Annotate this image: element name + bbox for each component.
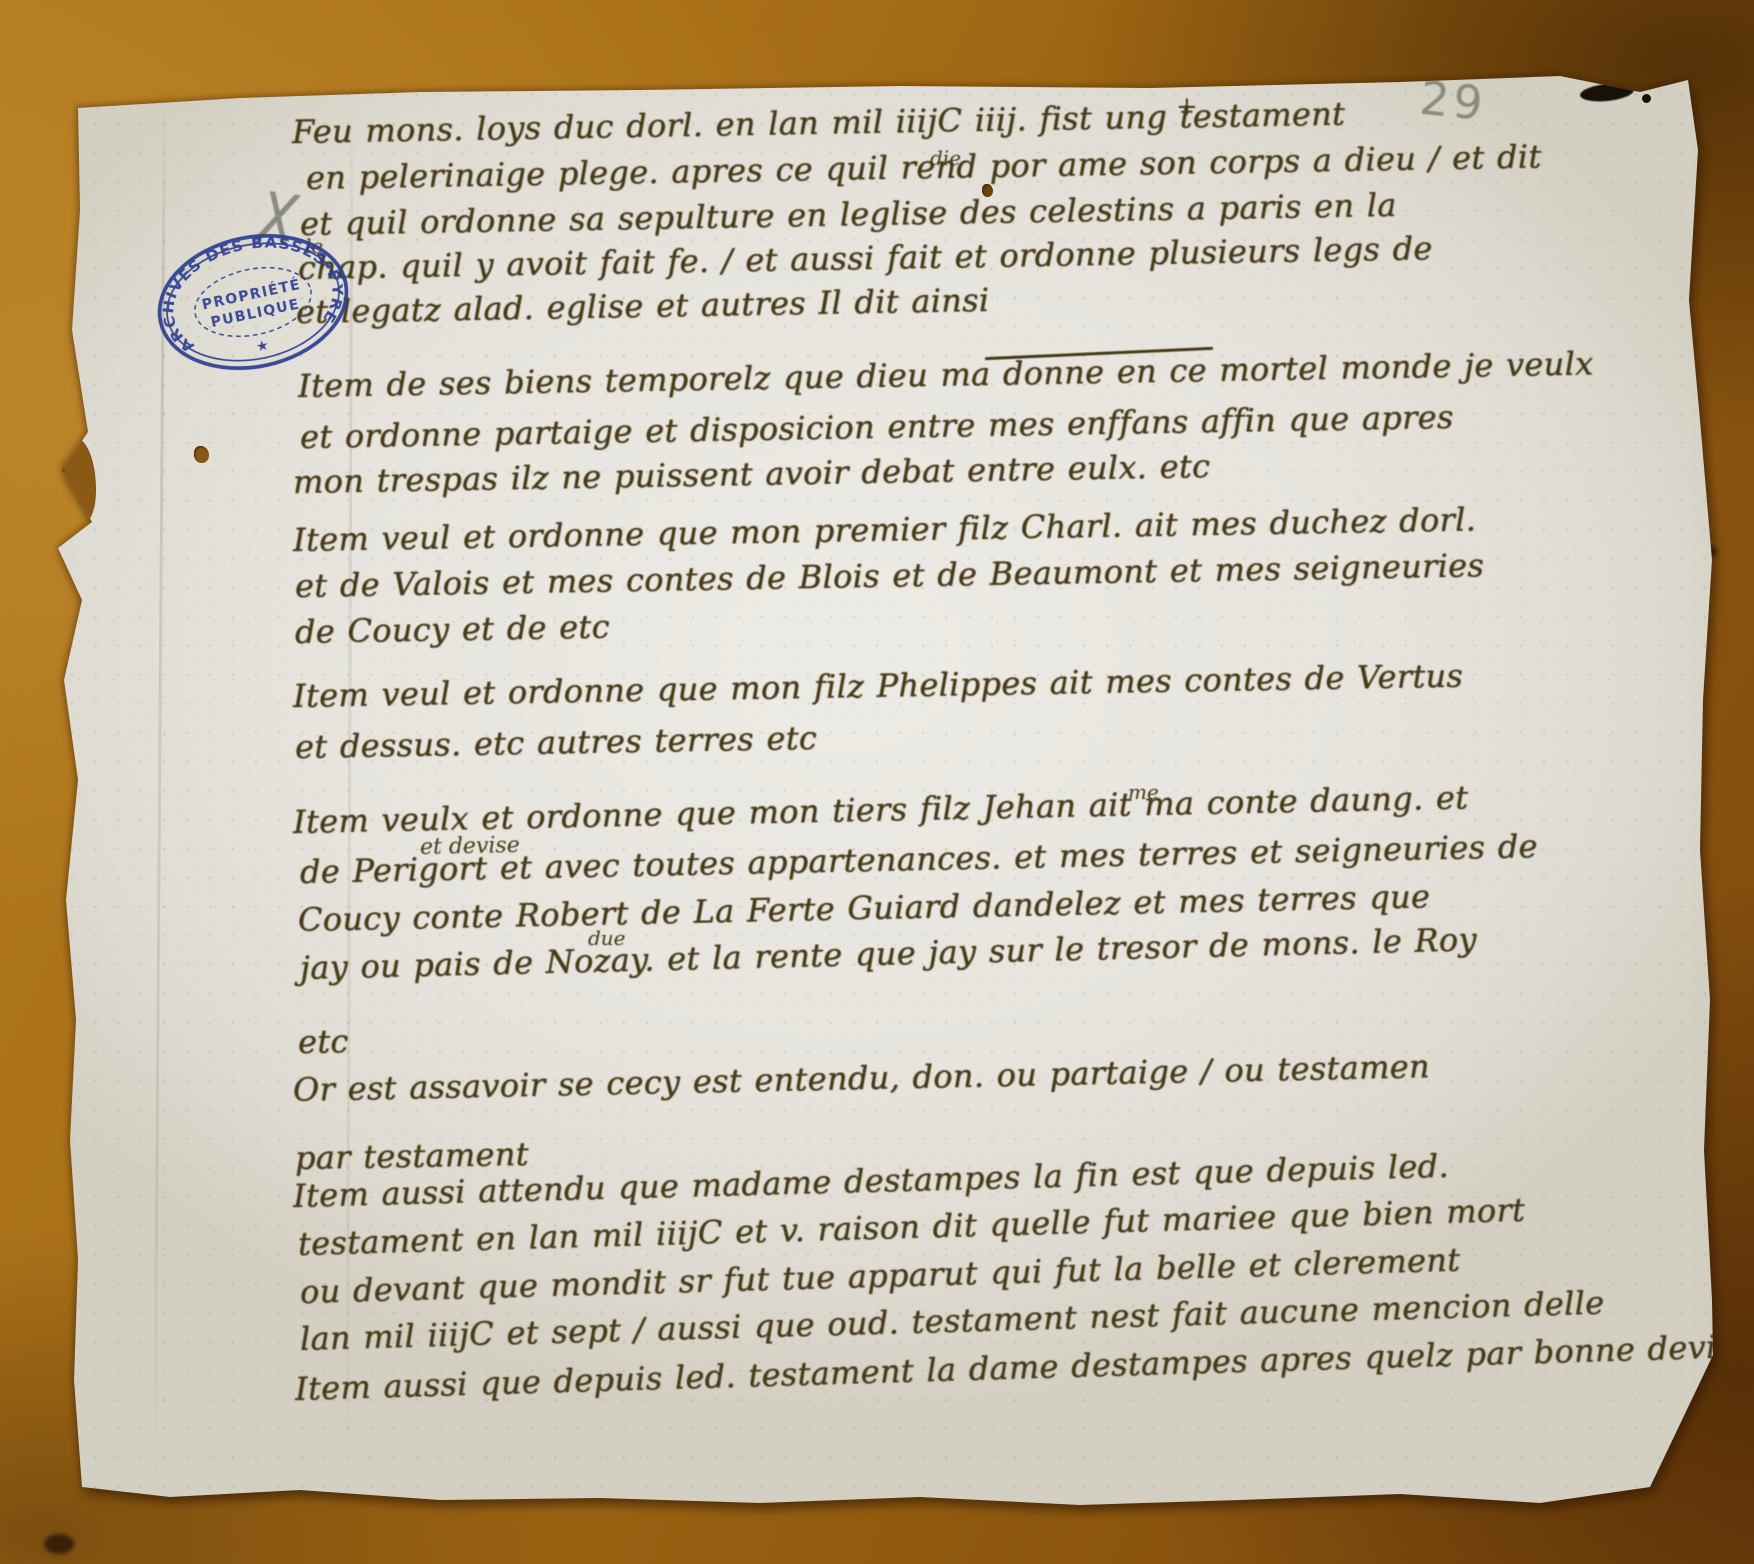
manuscript-line: de Coucy et de etc xyxy=(295,611,610,648)
photograph-of-manuscript: Feu mons. loys duc dorl. en lan mil iiij… xyxy=(0,0,1754,1564)
interlinear-superscript: due xyxy=(588,926,626,950)
manuscript-line: et dessus. etc autres terres etc xyxy=(295,722,818,763)
manuscript-line: Or est assavoir se cecy est entendu, don… xyxy=(293,1050,1430,1106)
interlinear-superscript: die xyxy=(930,146,961,170)
ink-blot xyxy=(1579,81,1634,104)
manuscript-line: par testament xyxy=(295,1138,529,1174)
paper-tear-hole xyxy=(194,446,209,463)
manuscript-line: Item veul et ordonne que mon premier fil… xyxy=(293,503,1477,556)
ink-blot xyxy=(1642,94,1651,103)
manuscript-line: mon trespas ilz ne puissent avoir debat … xyxy=(293,450,1211,498)
interlinear-insertion: et devise xyxy=(420,833,520,860)
manuscript-line: et de Valois et mes contes de Blois et d… xyxy=(295,549,1485,602)
interlinear-superscript: me xyxy=(1128,780,1159,804)
folio-number: 29 xyxy=(1417,71,1489,132)
paper-tear-hole xyxy=(62,438,96,524)
manuscript-line: et legatz alad. eglise et autres Il dit … xyxy=(296,284,990,328)
manuscript-sheet: Feu mons. loys duc dorl. en lan mil iiij… xyxy=(0,0,1754,1564)
paper-shadow-wrap: Feu mons. loys duc dorl. en lan mil iiij… xyxy=(0,0,1754,1564)
manuscript-line: Item de ses biens temporelz que dieu ma … xyxy=(298,347,1594,402)
stamp-star-icon: ★ xyxy=(255,337,271,355)
manuscript-line: et ordonne partaige et disposicion entre… xyxy=(300,401,1454,453)
manuscript-line: etc xyxy=(298,1025,349,1058)
manuscript-line: Item veulx et ordonne que mon tiers filz… xyxy=(293,781,1469,838)
plus-mark: + xyxy=(1176,92,1198,122)
manuscript-line: Item veul et ordonne que mon filz Phelip… xyxy=(293,660,1464,712)
